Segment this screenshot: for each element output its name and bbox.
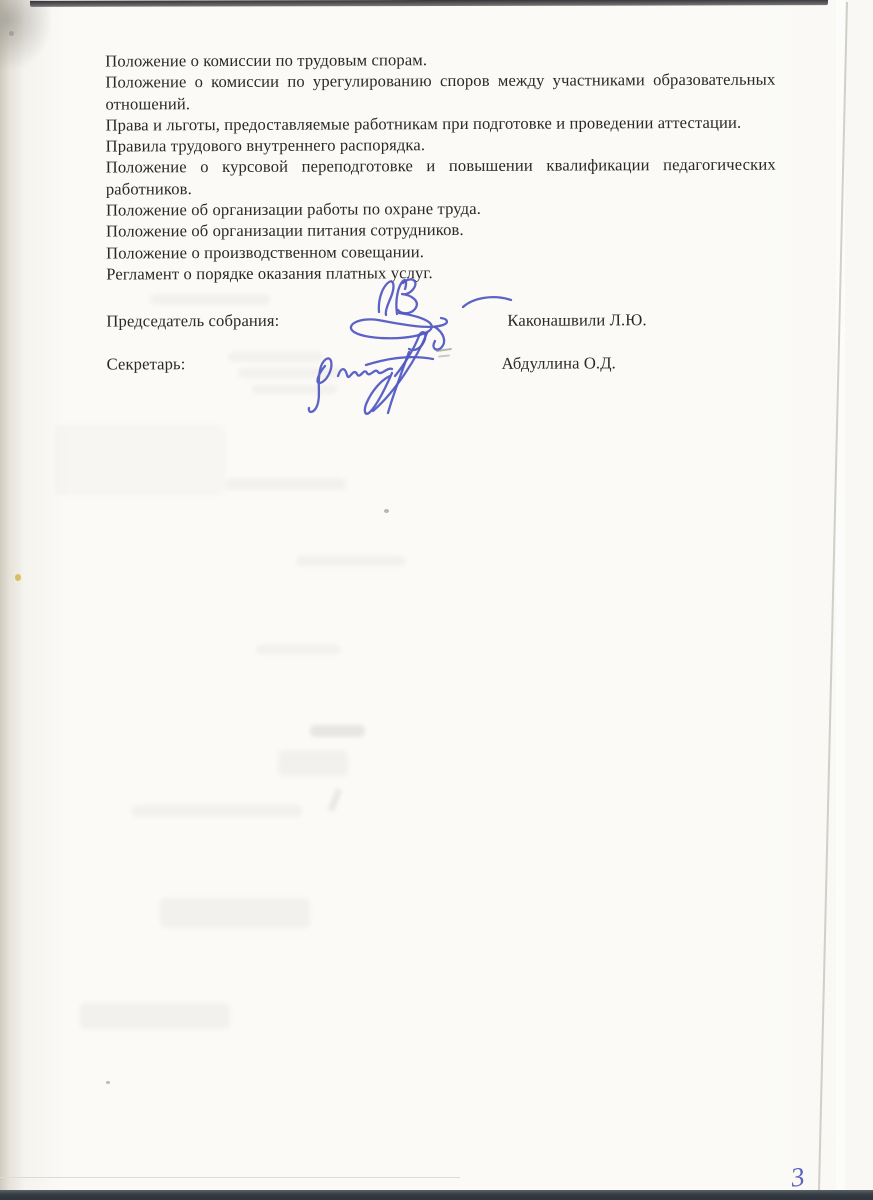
policy-list-item: Положение о комиссии по трудовым спорам.: [105, 48, 775, 72]
policy-list-item: Положение о курсовой переподготовке и по…: [106, 154, 776, 200]
bleed-through-artifact: [132, 805, 302, 817]
bleed-through-artifact: [310, 725, 365, 737]
policy-list-item: Положение об организации питания сотрудн…: [106, 218, 776, 242]
bleed-through-artifact: [80, 1003, 230, 1029]
bleed-through-artifact: [278, 750, 348, 776]
bleed-through-artifact: [256, 645, 341, 654]
policy-list-item: Положение о производственном совещании.: [106, 239, 776, 263]
scanned-document-page: Положение о комиссии по трудовым спорам.…: [0, 0, 873, 1200]
bleed-through-artifact: [226, 478, 346, 490]
handwritten-signatures-ink: [300, 270, 530, 428]
signature-ink-secretary: [309, 332, 433, 414]
bleed-through-artifact: [328, 788, 343, 813]
bleed-through-artifact: [296, 556, 406, 566]
signature-ink-chairman: [351, 279, 511, 349]
dust-speck: [15, 574, 21, 581]
handwritten-page-number: 3: [789, 1161, 806, 1193]
scanner-bottom-edge-band: [0, 1190, 873, 1200]
dust-speck: [384, 509, 389, 513]
policy-list-item: Положение об организации работы по охран…: [106, 197, 776, 221]
bleed-through-artifact: [160, 898, 310, 928]
policy-list-item: Положение о комиссии по урегулированию с…: [105, 69, 775, 115]
paper-bottom-crease: [0, 1177, 460, 1178]
bleed-through-artifact: [55, 425, 225, 495]
policy-list-item: Права и льготы, предоставляемые работник…: [106, 112, 776, 136]
secretary-label: Секретарь:: [107, 354, 186, 373]
policy-list-item: Правила трудового внутреннего распорядка…: [106, 133, 776, 157]
chairman-label: Председатель собрания:: [106, 311, 279, 331]
dust-speck: [106, 1081, 110, 1084]
